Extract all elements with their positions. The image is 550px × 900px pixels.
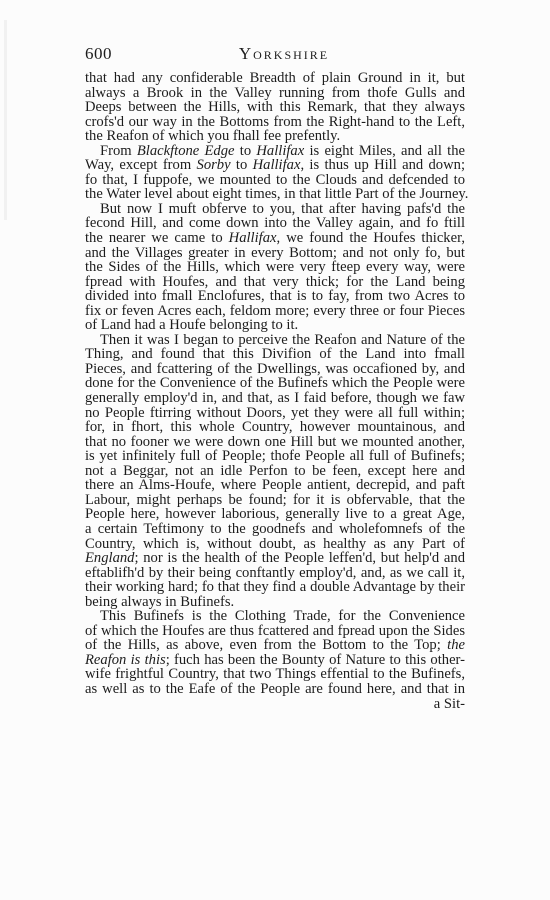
- text-line: a certain Teftimony to the goodnefs and …: [85, 522, 465, 537]
- text-line: fix or feven Acres each, feldom more; ev…: [85, 304, 465, 319]
- italic-text: Hallifax: [229, 230, 277, 246]
- text-line: eftablifh'd by their being conftantly em…: [85, 566, 465, 581]
- body-text: that had any confiderable Breadth of pla…: [85, 71, 465, 711]
- text-line: wife frightful Country, that two Things …: [85, 667, 465, 682]
- text-line: Deeps between the Hills, with this Remar…: [85, 100, 465, 115]
- text-line: fo that, I fuppofe, we mounted to the Cl…: [85, 173, 465, 188]
- text-line: done for the Convenience of the Bufinefs…: [85, 376, 465, 391]
- text-line: Pieces, and fcattering of the Dwellings,…: [85, 362, 465, 377]
- text-line: fpread with Houfes, and that very thick;…: [85, 275, 465, 290]
- text-line: England; nor is the health of the People…: [85, 551, 465, 566]
- text-line: being always in Bufinefs.: [85, 595, 465, 610]
- text-line: as well as to the Eafe of the People are…: [85, 682, 465, 697]
- text-line: of which the Houfes are thus fcattered a…: [85, 624, 465, 639]
- text-line: always a Brook in the Valley running fro…: [85, 86, 465, 101]
- text-line: not a Beggar, not an idle Perfon to be f…: [85, 464, 465, 479]
- running-head: 600 Yorkshire: [85, 44, 465, 64]
- text-line: Thing, and found that this Divifion of t…: [85, 347, 465, 362]
- paragraph: From Blackftone Edge to Hallifax is eigh…: [85, 144, 465, 202]
- paragraph: Then it was I began to perceive the Reaf…: [85, 333, 465, 609]
- scan-shadow: [4, 20, 7, 220]
- text-line: the Reafon of which you fhall fee prefen…: [85, 129, 465, 144]
- text-line: that had any confiderable Breadth of pla…: [85, 71, 465, 86]
- text-line: crofs'd our way in the Bottoms from the …: [85, 115, 465, 130]
- text-line: Way, except from Sorby to Hallifax, is t…: [85, 158, 465, 173]
- text-line: This Bufinefs is the Clothing Trade, for…: [85, 609, 465, 624]
- text-line: the Sides of the Hills, which were very …: [85, 260, 465, 275]
- text-line: Country, which is, without doubt, as hea…: [85, 537, 465, 552]
- text-line: From Blackftone Edge to Hallifax is eigh…: [85, 144, 465, 159]
- text-line: of Land had a Houfe belonging to it.: [85, 318, 465, 333]
- text-line: no People ftirring without Doors, yet th…: [85, 406, 465, 421]
- text-line: that no fooner we were down one Hill but…: [85, 435, 465, 450]
- text-line: the nearer we came to Hallifax, we found…: [85, 231, 465, 246]
- paragraph: This Bufinefs is the Clothing Trade, for…: [85, 609, 465, 696]
- text-line: the Water level about eight times, in th…: [85, 187, 465, 202]
- text-line: But now I muft obferve to you, that afte…: [85, 202, 465, 217]
- text-line: there an Alms-Houfe, where People antien…: [85, 478, 465, 493]
- paragraph: that had any confiderable Breadth of pla…: [85, 71, 465, 144]
- italic-text: the: [447, 637, 465, 653]
- book-page: 600 Yorkshire that had any confiderable …: [0, 0, 550, 900]
- italic-text: England: [85, 550, 134, 566]
- text-line: of the Hills, as above, even from the Bo…: [85, 638, 465, 653]
- text-line: Labour, might perhaps be found; for it i…: [85, 493, 465, 508]
- text-line: Reafon is this; fuch has been the Bounty…: [85, 653, 465, 668]
- italic-text: Sorby: [197, 157, 231, 173]
- text-line: and the Villages greater in every Bottom…: [85, 246, 465, 261]
- text-line: generally employ'd in, and that, as I fa…: [85, 391, 465, 406]
- text-line: their working hard; fo that they find a …: [85, 580, 465, 595]
- text-line: People here, however laborious, generall…: [85, 507, 465, 522]
- catchword: a Sit-: [85, 697, 465, 712]
- text-line: is yet infinitely full of People; thofe …: [85, 449, 465, 464]
- paragraph: But now I muft obferve to you, that afte…: [85, 202, 465, 333]
- italic-text: Hallifax: [253, 157, 301, 173]
- header-title: Yorkshire: [85, 44, 465, 64]
- text-line: Then it was I began to perceive the Reaf…: [85, 333, 465, 348]
- text-line: divided into fmall Enclofures, that is t…: [85, 289, 465, 304]
- text-line: for, in fhort, this whole Country, howev…: [85, 420, 465, 435]
- text-line: fecond Hill, and come down into the Vall…: [85, 216, 465, 231]
